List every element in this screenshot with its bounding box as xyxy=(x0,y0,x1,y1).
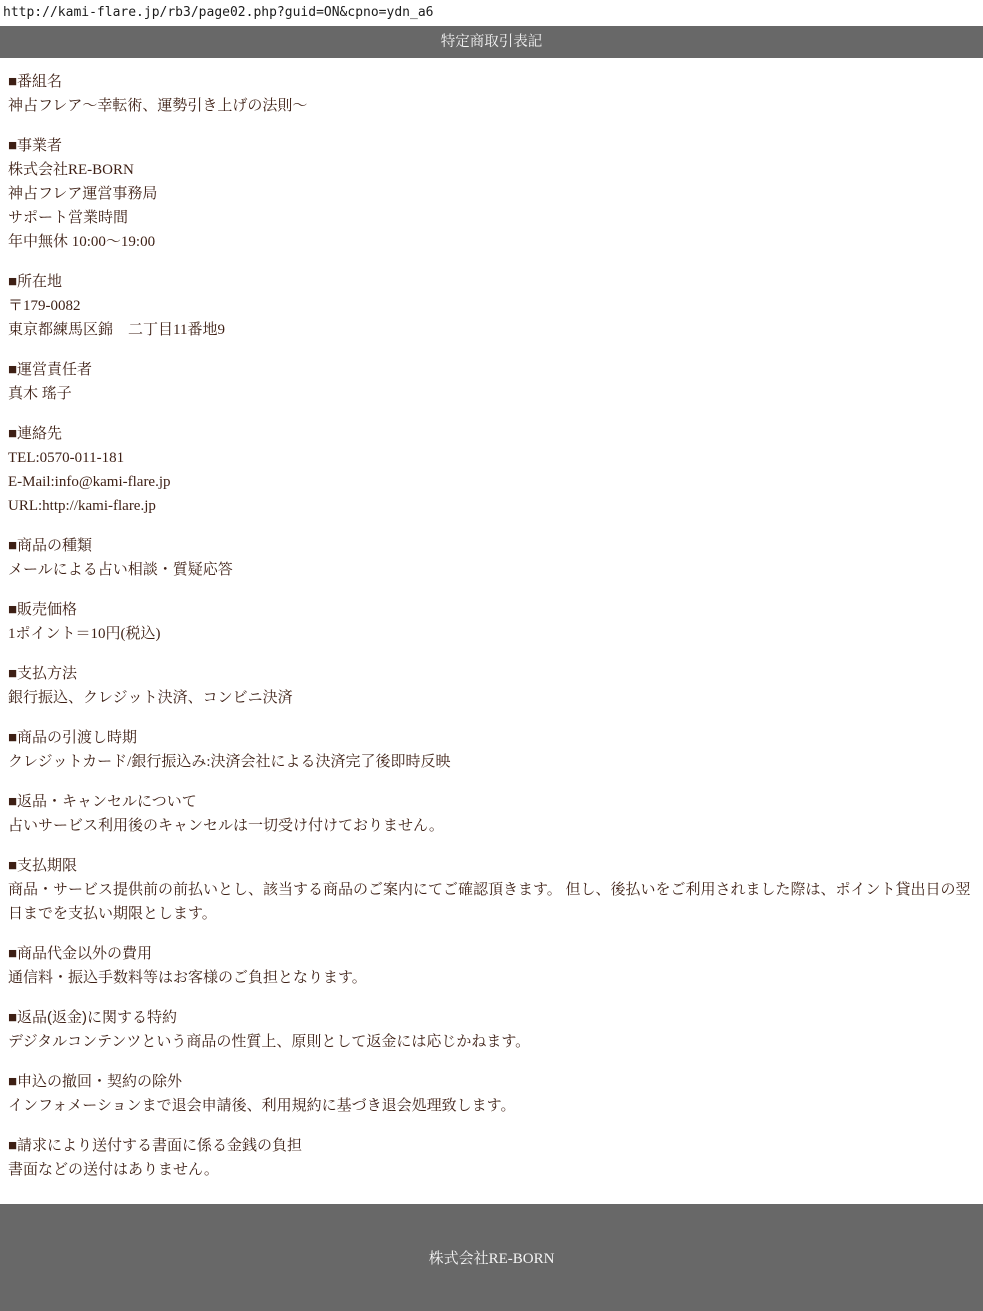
section-heading: ■支払方法 xyxy=(8,662,975,686)
section-line: 占いサービス利用後のキャンセルは一切受け付けておりません。 xyxy=(8,814,975,838)
info-section: ■申込の撤回・契約の除外 インフォメーションまで退会申請後、利用規約に基づき退会… xyxy=(8,1070,975,1118)
section-line: 商品・サービス提供前の前払いとし、該当する商品のご案内にてご確認頂きます。 但し… xyxy=(8,878,975,926)
footer-company-name: 株式会社RE-BORN xyxy=(429,1247,555,1268)
section-heading: ■商品の種類 xyxy=(8,534,975,558)
info-section: ■支払方法 銀行振込、クレジット決済、コンビニ決済 xyxy=(8,662,975,710)
section-heading: ■販売価格 xyxy=(8,598,975,622)
section-line: 通信料・振込手数料等はお客様のご負担となります。 xyxy=(8,966,975,990)
section-line: 神占フレア運営事務局 xyxy=(8,182,975,206)
footer-bar: 株式会社RE-BORN xyxy=(0,1204,983,1311)
info-section: ■番組名 神占フレア～幸転術、運勢引き上げの法則～ xyxy=(8,70,975,118)
section-line: 銀行振込、クレジット決済、コンビニ決済 xyxy=(8,686,975,710)
section-line: メールによる占い相談・質疑応答 xyxy=(8,558,975,582)
section-heading: ■申込の撤回・契約の除外 xyxy=(8,1070,975,1094)
section-heading: ■商品代金以外の費用 xyxy=(8,942,975,966)
info-section: ■販売価格 1ポイント＝10円(税込) xyxy=(8,598,975,646)
info-section: ■返品(返金)に関する特約 デジタルコンテンツという商品の性質上、原則として返金… xyxy=(8,1006,975,1054)
info-section: ■商品の引渡し時期 クレジットカード/銀行振込み:決済会社による決済完了後即時反… xyxy=(8,726,975,774)
section-heading: ■事業者 xyxy=(8,134,975,158)
page-title-bar: 特定商取引表記 xyxy=(0,26,983,58)
section-line: 1ポイント＝10円(税込) xyxy=(8,622,975,646)
section-heading: ■請求により送付する書面に係る金銭の負担 xyxy=(8,1134,975,1158)
info-section: ■運営責任者 真木 瑤子 xyxy=(8,358,975,406)
section-heading: ■支払期限 xyxy=(8,854,975,878)
section-heading: ■番組名 xyxy=(8,70,975,94)
section-heading: ■返品・キャンセルについて xyxy=(8,790,975,814)
section-line: 真木 瑤子 xyxy=(8,382,975,406)
section-line: URL:http://kami-flare.jp xyxy=(8,494,975,518)
info-section: ■商品の種類 メールによる占い相談・質疑応答 xyxy=(8,534,975,582)
legal-notice-content: ■番組名 神占フレア～幸転術、運勢引き上げの法則～ ■事業者 株式会社RE-BO… xyxy=(0,58,983,1198)
section-line: サポート営業時間 xyxy=(8,206,975,230)
info-section: ■所在地 〒179-0082東京都練馬区錦 二丁目11番地9 xyxy=(8,270,975,342)
section-line: 東京都練馬区錦 二丁目11番地9 xyxy=(8,318,975,342)
section-line: TEL:0570-011-181 xyxy=(8,446,975,470)
section-line: 年中無休 10:00～19:00 xyxy=(8,230,975,254)
info-section: ■支払期限 商品・サービス提供前の前払いとし、該当する商品のご案内にてご確認頂き… xyxy=(8,854,975,926)
info-section: ■商品代金以外の費用 通信料・振込手数料等はお客様のご負担となります。 xyxy=(8,942,975,990)
section-line: 〒179-0082 xyxy=(8,294,975,318)
page: http://kami-flare.jp/rb3/page02.php?guid… xyxy=(0,0,983,1311)
section-line: クレジットカード/銀行振込み:決済会社による決済完了後即時反映 xyxy=(8,750,975,774)
section-line: 神占フレア～幸転術、運勢引き上げの法則～ xyxy=(8,94,975,118)
section-heading: ■運営責任者 xyxy=(8,358,975,382)
section-line: インフォメーションまで退会申請後、利用規約に基づき退会処理致します。 xyxy=(8,1094,975,1118)
info-section: ■事業者 株式会社RE-BORN神占フレア運営事務局サポート営業時間年中無休 1… xyxy=(8,134,975,254)
page-title: 特定商取引表記 xyxy=(441,34,543,50)
section-line: デジタルコンテンツという商品の性質上、原則として返金には応じかねます。 xyxy=(8,1030,975,1054)
section-line: E-Mail:info@kami-flare.jp xyxy=(8,470,975,494)
section-line: 書面などの送付はありません。 xyxy=(8,1158,975,1182)
section-heading: ■返品(返金)に関する特約 xyxy=(8,1006,975,1030)
section-heading: ■連絡先 xyxy=(8,422,975,446)
page-url-text: http://kami-flare.jp/rb3/page02.php?guid… xyxy=(0,0,983,26)
info-section: ■返品・キャンセルについて 占いサービス利用後のキャンセルは一切受け付けておりま… xyxy=(8,790,975,838)
section-heading: ■所在地 xyxy=(8,270,975,294)
info-section: ■連絡先 TEL:0570-011-181E-Mail:info@kami-fl… xyxy=(8,422,975,518)
info-section: ■請求により送付する書面に係る金銭の負担 書面などの送付はありません。 xyxy=(8,1134,975,1182)
section-line: 株式会社RE-BORN xyxy=(8,158,975,182)
section-heading: ■商品の引渡し時期 xyxy=(8,726,975,750)
